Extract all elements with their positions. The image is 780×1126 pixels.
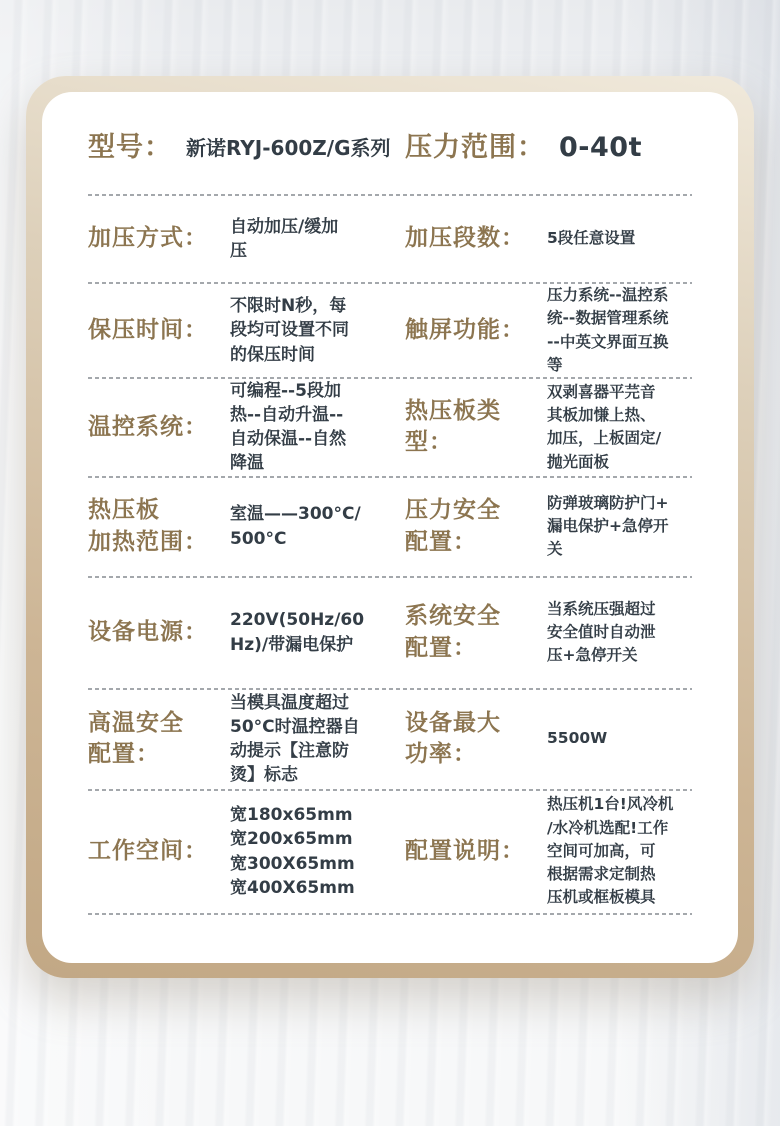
spec-value: 可编程--5段加 热--自动升温-- 自动保温--自然 降温 [230,379,405,476]
spec-cell-platen-type: 热压板类 型： 双剥喜器平芫音 其板加慊上热、 加压，上板固定/ 抛光面板 [405,379,692,476]
spec-cell-pressurize-mode: 加压方式： 自动加压/缓加 压 [88,196,405,282]
spec-cell-power-supply: 设备电源： 220V(50Hz/60 Hz)/带漏电保护 [88,578,405,688]
spec-label: 加压方式： [88,223,230,254]
spec-value: 5段任意设置 [547,227,692,250]
dashed-divider [88,194,692,196]
spec-cell-model: 型号： 新诺RYJ-600Z/G系列 [88,102,405,194]
spec-value: 双剥喜器平芫音 其板加慊上热、 加压，上板固定/ 抛光面板 [547,381,692,474]
spec-label: 热压板 加热范围： [88,495,230,557]
spec-row-pressurization: 加压方式： 自动加压/缓加 压 加压段数： 5段任意设置 [88,196,692,282]
spec-label: 热压板类 型： [405,396,547,458]
spec-value: 当系统压强超过 安全值时自动泄 压+急停开关 [547,598,692,668]
spec-label: 系统安全 配置： [405,601,547,663]
spec-cell-heating-range: 热压板 加热范围： 室温——300°C/ 500°C [88,478,405,576]
spec-cell-pressure-range: 压力范围： 0-40t [405,102,692,194]
spec-label: 型号： [88,130,172,166]
spec-cell-temp-control: 温控系统： 可编程--5段加 热--自动升温-- 自动保温--自然 降温 [88,379,405,476]
spec-cell-max-power: 设备最大 功率： 5500W [405,690,692,789]
dashed-divider [88,476,692,478]
spec-value: 220V(50Hz/60 Hz)/带漏电保护 [230,608,405,656]
spec-label: 压力范围： [405,130,545,166]
spec-cell-touchscreen: 触屏功能： 压力系统--温控系 统--数据管理系统 --中英文界面互换 等 [405,284,692,377]
spec-value: 防弹玻璃防护门+ 漏电保护+急停开 关 [547,492,692,562]
dashed-divider [88,282,692,284]
dashed-divider [88,913,692,915]
spec-value: 不限时N秒，每 段均可设置不同 的保压时间 [230,294,405,366]
spec-cell-work-space: 工作空间： 宽180x65mm 宽200x65mm 宽300X65mm 宽400… [88,791,405,913]
gold-border-card: 型号： 新诺RYJ-600Z/G系列 压力范围： 0-40t 加压方式： 自动加… [26,76,754,978]
spec-value: 压力系统--温控系 统--数据管理系统 --中英文界面互换 等 [547,284,692,377]
spec-cell-pressure-safety: 压力安全 配置： 防弹玻璃防护门+ 漏电保护+急停开 关 [405,478,692,576]
spec-sheet-card: 型号： 新诺RYJ-600Z/G系列 压力范围： 0-40t 加压方式： 自动加… [42,92,738,963]
spec-label: 工作空间： [88,836,230,867]
spec-label: 压力安全 配置： [405,495,547,557]
dashed-divider [88,576,692,578]
spec-label: 高温安全 配置： [88,708,230,770]
spec-value: 热压机1台!风冷机 /水冷机选配!工作 空间可加高，可 根据需求定制热 压机或框… [547,793,692,909]
spec-label: 加压段数： [405,223,547,254]
dashed-divider [88,688,692,690]
spec-value: 5500W [547,727,692,750]
spec-label: 设备电源： [88,617,230,648]
spec-row-temp-control: 温控系统： 可编程--5段加 热--自动升温-- 自动保温--自然 降温 热压板… [88,379,692,476]
spec-value: 新诺RYJ-600Z/G系列 [186,136,405,160]
spec-label: 设备最大 功率： [405,708,547,770]
spec-cell-pressure-stages: 加压段数： 5段任意设置 [405,196,692,282]
spec-row-heating-range: 热压板 加热范围： 室温——300°C/ 500°C 压力安全 配置： 防弹玻璃… [88,478,692,576]
spec-row-model: 型号： 新诺RYJ-600Z/G系列 压力范围： 0-40t [88,102,692,194]
spec-cell-high-temp-safety: 高温安全 配置： 当模具温度超过 50°C时温控器自 动提示【注意防 烫】标志 [88,690,405,789]
spec-cell-holding-time: 保压时间： 不限时N秒，每 段均可设置不同 的保压时间 [88,284,405,377]
spec-label: 配置说明： [405,836,547,867]
spec-value: 宽180x65mm 宽200x65mm 宽300X65mm 宽400X65mm [230,803,405,900]
dashed-divider [88,377,692,379]
spec-cell-system-safety: 系统安全 配置： 当系统压强超过 安全值时自动泄 压+急停开关 [405,578,692,688]
spec-row-power-supply: 设备电源： 220V(50Hz/60 Hz)/带漏电保护 系统安全 配置： 当系… [88,578,692,688]
spec-table: 型号： 新诺RYJ-600Z/G系列 压力范围： 0-40t 加压方式： 自动加… [88,102,692,915]
spec-row-high-temp-safety: 高温安全 配置： 当模具温度超过 50°C时温控器自 动提示【注意防 烫】标志 … [88,690,692,789]
spec-value: 室温——300°C/ 500°C [230,502,405,550]
spec-value: 自动加压/缓加 压 [230,215,405,263]
spec-label: 保压时间： [88,315,230,346]
spec-label: 触屏功能： [405,315,547,346]
spec-value: 0-40t [559,133,692,163]
spec-value: 当模具温度超过 50°C时温控器自 动提示【注意防 烫】标志 [230,691,405,788]
spec-row-work-space: 工作空间： 宽180x65mm 宽200x65mm 宽300X65mm 宽400… [88,791,692,913]
spec-cell-config-notes: 配置说明： 热压机1台!风冷机 /水冷机选配!工作 空间可加高，可 根据需求定制… [405,791,692,913]
dashed-divider [88,789,692,791]
spec-row-holding-time: 保压时间： 不限时N秒，每 段均可设置不同 的保压时间 触屏功能： 压力系统--… [88,284,692,377]
spec-label: 温控系统： [88,412,230,443]
